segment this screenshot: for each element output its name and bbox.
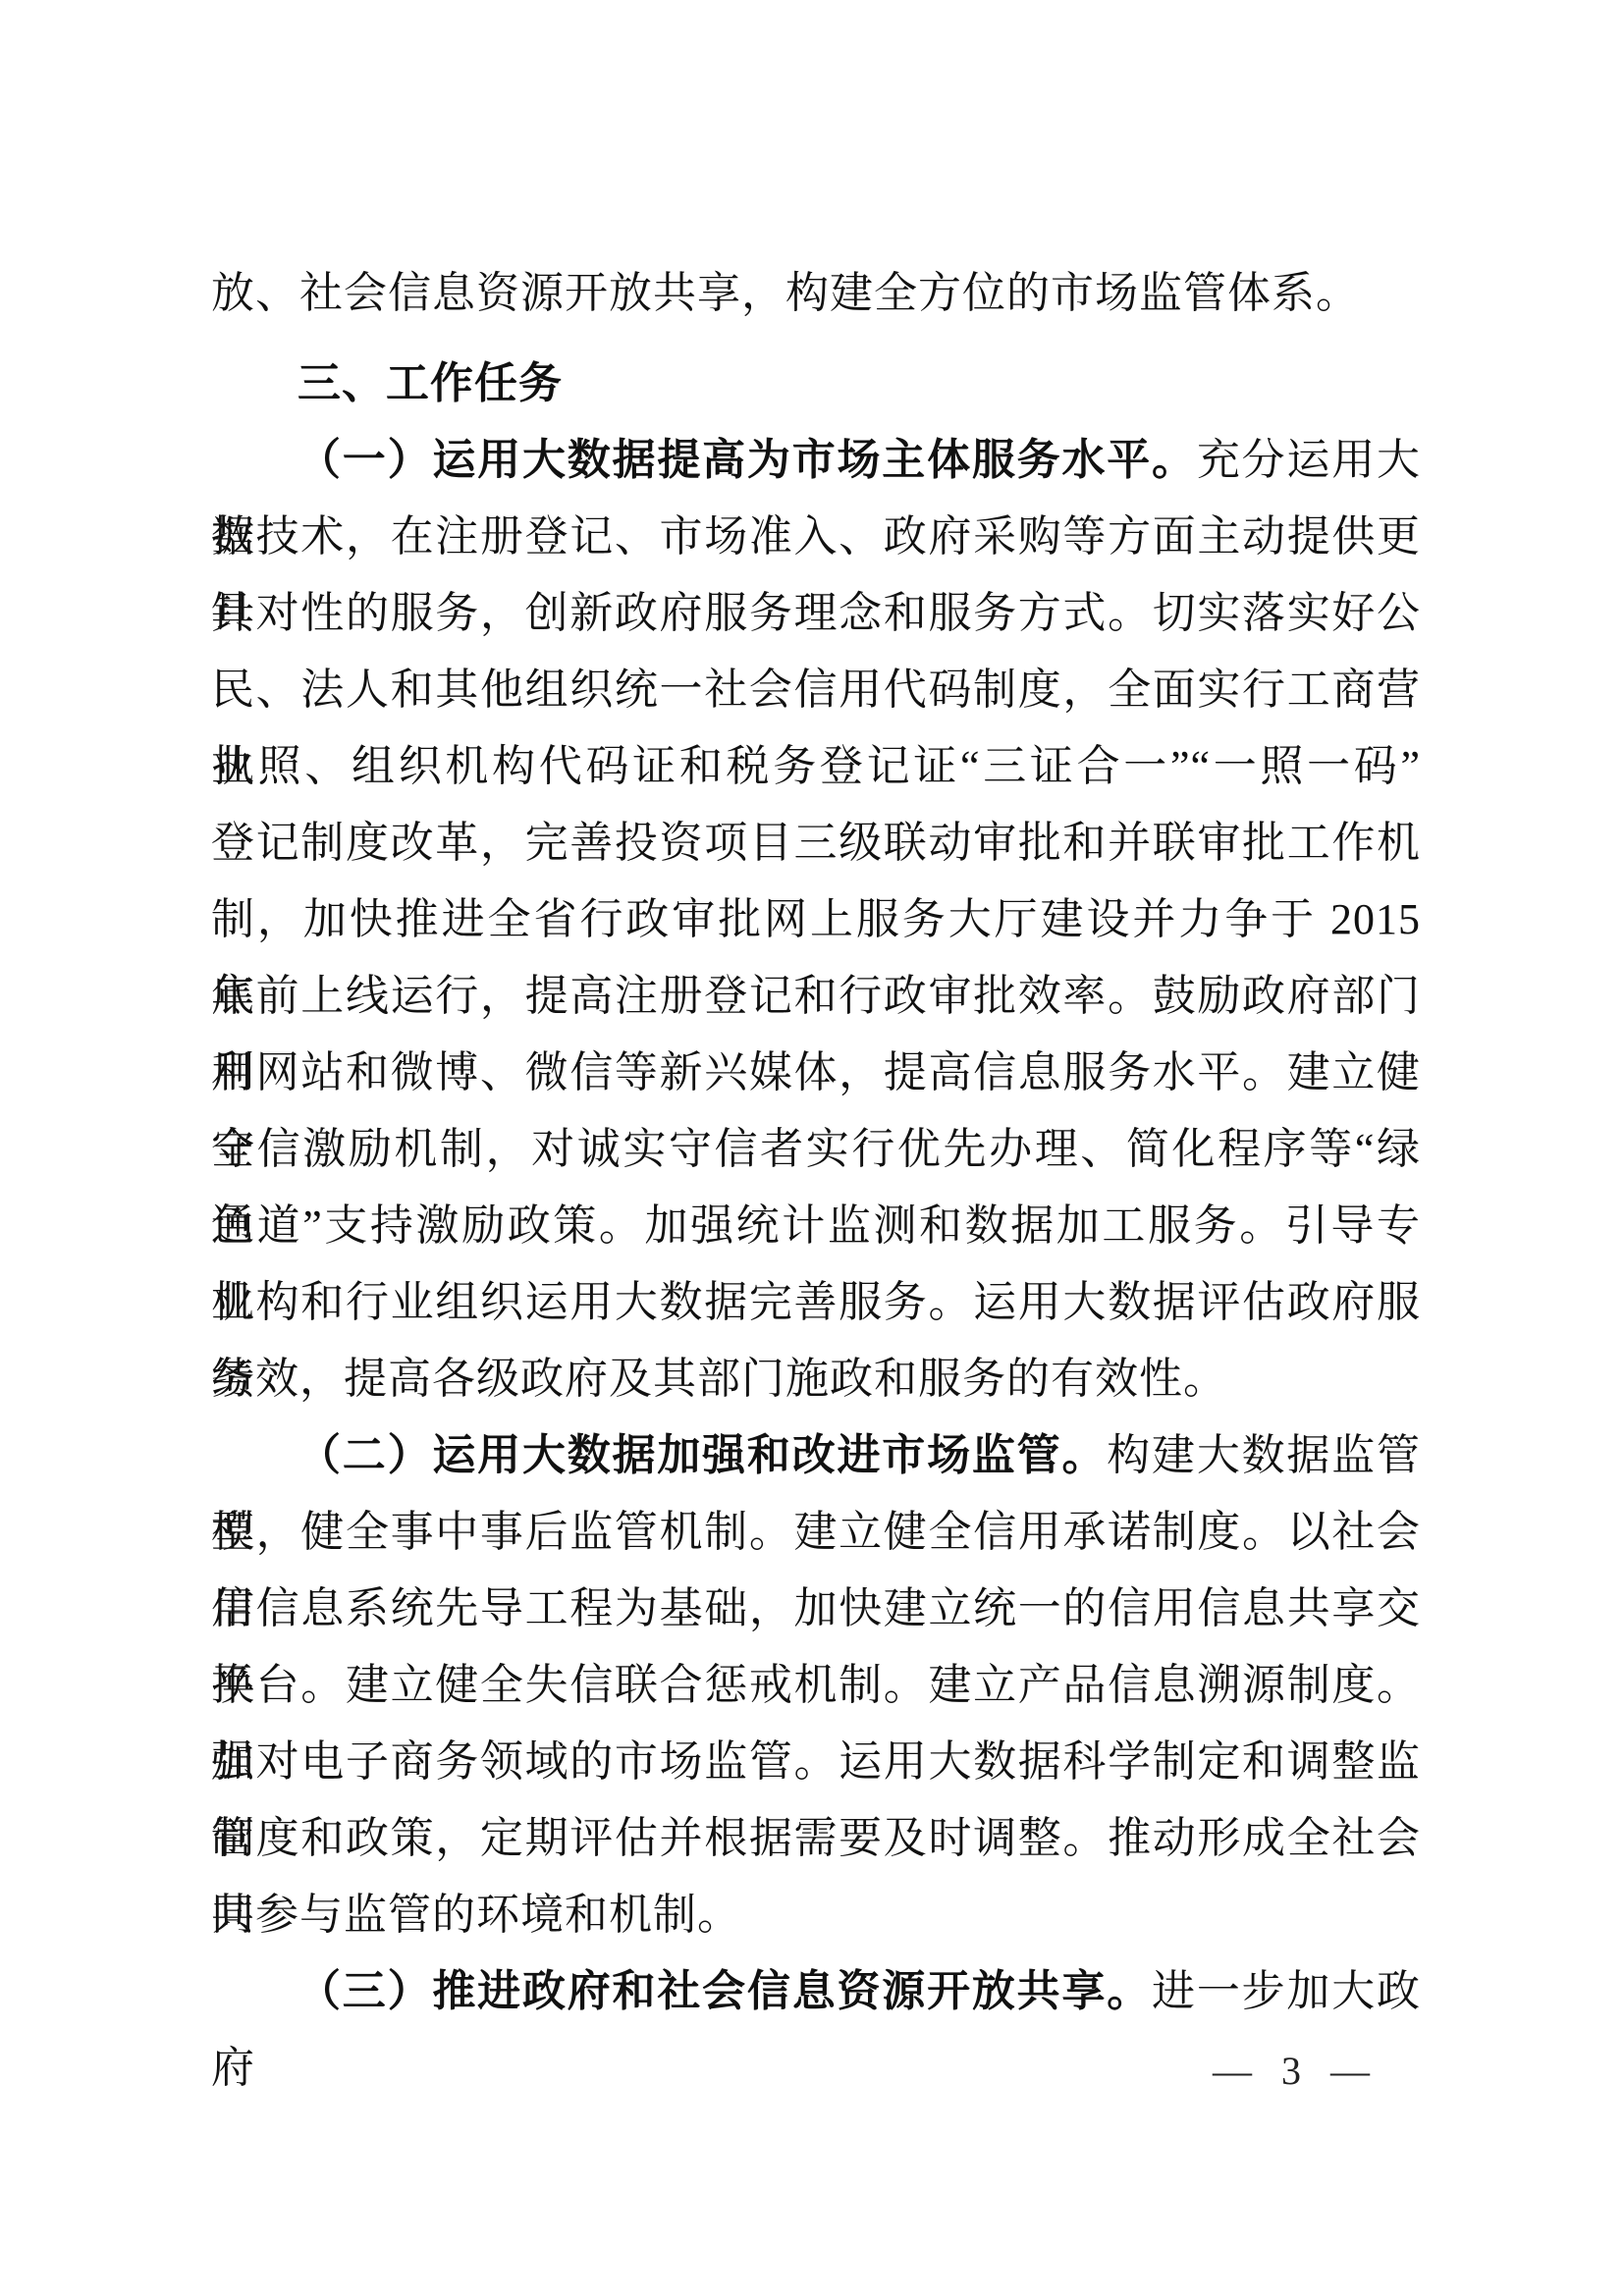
page-number: — 3 — — [1213, 2047, 1372, 2096]
text-column: 放、社会信息资源开放共享，构建全方位的市场监管体系。 三、工作任务 （一）运用大… — [211, 255, 1421, 2030]
text-line: 机构和行业组织运用大数据完善服务。运用大数据评估政府服务 — [211, 1264, 1421, 1341]
text-line: 平台。建立健全失信联合惩戒机制。建立产品信息溯源制度。加 — [211, 1647, 1421, 1724]
bold-run: （三）推进政府和社会信息资源开放共享。 — [298, 1967, 1152, 2015]
section-heading: 三、工作任务 — [211, 346, 1421, 422]
text-line: 制，加快推进全省行政审批网上服务大厅建设并力争于 2015 年 — [211, 881, 1421, 958]
text-run: 针对性的服务，创新政府服务理念和服务方式。切实落实好公 — [211, 589, 1421, 637]
text-line: 通道”支持激励政策。加强统计监测和数据加工服务。引导专业 — [211, 1188, 1421, 1264]
text-run: 放、社会信息资源开放共享，构建全方位的市场监管体系。 — [211, 269, 1360, 317]
bold-run: 三、工作任务 — [298, 359, 563, 407]
text-line: （三）推进政府和社会信息资源开放共享。进一步加大政府 — [211, 1953, 1421, 2030]
text-line: 放、社会信息资源开放共享，构建全方位的市场监管体系。 — [211, 255, 1421, 332]
text-line: 型，健全事中事后监管机制。建立健全信用承诺制度。以社会信 — [211, 1494, 1421, 1571]
text-line: 执照、组织机构代码证和税务登记证“三证合一”“一照一码” — [211, 728, 1421, 805]
text-run: 同参与监管的环境和机制。 — [211, 1891, 741, 1939]
text-line: 据技术，在注册登记、市场准入、政府采购等方面主动提供更具 — [211, 499, 1421, 575]
text-line: （一）运用大数据提高为市场主体服务水平。充分运用大数 — [211, 422, 1421, 499]
text-line: 守信激励机制，对诚实守信者实行优先办理、简化程序等“绿色 — [211, 1111, 1421, 1188]
text-line: 用信息系统先导工程为基础，加快建立统一的信用信息共享交换 — [211, 1571, 1421, 1647]
text-line: 针对性的服务，创新政府服务理念和服务方式。切实落实好公 — [211, 575, 1421, 652]
text-line: 民、法人和其他组织统一社会信用代码制度，全面实行工商营业 — [211, 652, 1421, 728]
text-line: 绩效，提高各级政府及其部门施政和服务的有效性。 — [211, 1341, 1421, 1417]
text-run: 执照、组织机构代码证和税务登记证“三证合一”“一照一码” — [211, 742, 1421, 790]
document-page: 放、社会信息资源开放共享，构建全方位的市场监管体系。 三、工作任务 （一）运用大… — [0, 0, 1624, 2296]
bold-run: （一）运用大数据提高为市场主体服务水平。 — [298, 436, 1197, 484]
text-line: 同参与监管的环境和机制。 — [211, 1877, 1421, 1953]
text-run: 登记制度改革，完善投资项目三级联动审批和并联审批工作机 — [211, 819, 1421, 867]
text-line: 底前上线运行，提高注册登记和行政审批效率。鼓励政府部门利 — [211, 958, 1421, 1035]
bold-run: （二）运用大数据加强和改进市场监管。 — [298, 1431, 1107, 1479]
text-line: （二）运用大数据加强和改进市场监管。构建大数据监管模 — [211, 1417, 1421, 1494]
text-run: 绩效，提高各级政府及其部门施政和服务的有效性。 — [211, 1355, 1227, 1403]
text-line: 强对电子商务领域的市场监管。运用大数据科学制定和调整监管 — [211, 1724, 1421, 1800]
text-line: 制度和政策，定期评估并根据需要及时调整。推动形成全社会共 — [211, 1800, 1421, 1877]
text-line: 用网站和微博、微信等新兴媒体，提高信息服务水平。建立健全 — [211, 1035, 1421, 1111]
text-line: 登记制度改革，完善投资项目三级联动审批和并联审批工作机 — [211, 805, 1421, 881]
